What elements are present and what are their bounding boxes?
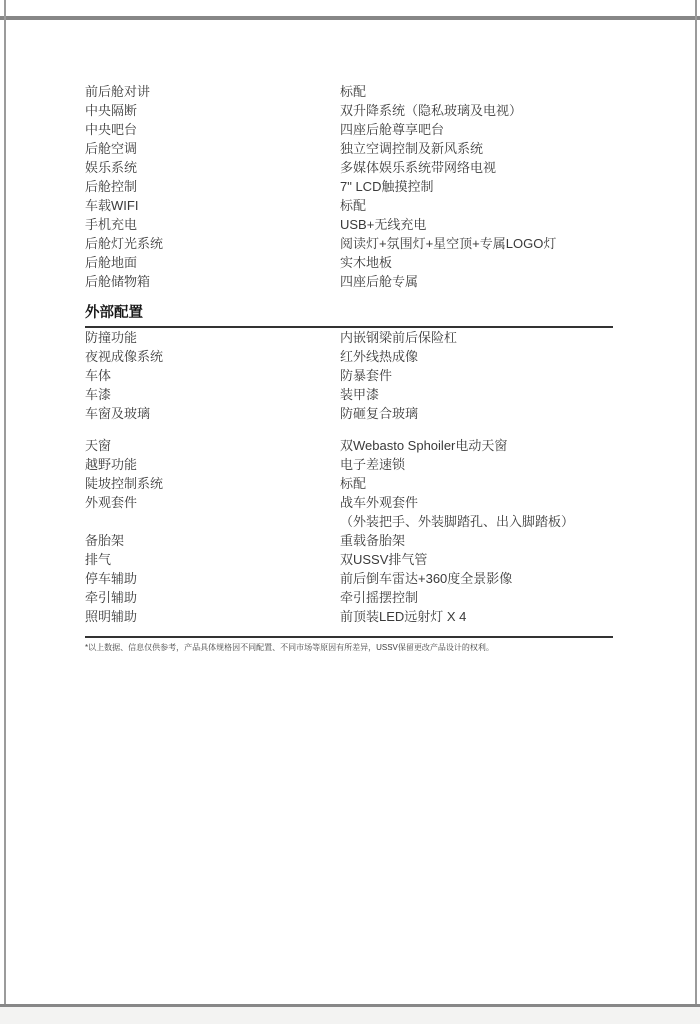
spec-row: 照明辅助前顶装LED远射灯 X 4	[85, 607, 613, 626]
spec-value-continued: （外装把手、外装脚踏孔、出入脚踏板）	[340, 512, 613, 531]
spec-row: 手机充电USB+无线充电	[85, 215, 613, 234]
spec-label: 前后舱对讲	[85, 82, 340, 101]
spec-value: 7" LCD触摸控制	[340, 177, 613, 196]
spec-row: 后舱储物箱四座后舱专属	[85, 272, 613, 291]
spec-value: 实木地板	[340, 253, 613, 272]
spec-label: 牵引辅助	[85, 588, 340, 607]
page-border-left	[4, 0, 6, 1006]
spec-value: 防砸复合玻璃	[340, 404, 613, 423]
spec-table: 前后舱对讲标配中央隔断双升降系统（隐私玻璃及电视）中央吧台四座后舱尊享吧台后舱空…	[85, 82, 613, 653]
spec-row: 天窗双Webasto Sphoiler电动天窗	[85, 436, 613, 455]
spec-label: 天窗	[85, 436, 340, 455]
spec-value: 防暴套件	[340, 366, 613, 385]
spec-row: 夜视成像系统红外线热成像	[85, 347, 613, 366]
spec-row: 娱乐系统多媒体娱乐系统带网络电视	[85, 158, 613, 177]
spec-row: 备胎架重载备胎架	[85, 531, 613, 550]
spec-row: 停车辅助前后倒车雷达+360度全景影像	[85, 569, 613, 588]
spec-row: 中央吧台四座后舱尊享吧台	[85, 120, 613, 139]
spec-label: 夜视成像系统	[85, 347, 340, 366]
spec-label: 中央吧台	[85, 120, 340, 139]
spec-label: 车漆	[85, 385, 340, 404]
spec-row: 后舱灯光系统阅读灯+氛围灯+星空顶+专属LOGO灯	[85, 234, 613, 253]
spec-label: 外观套件	[85, 493, 340, 512]
spec-label: 陡坡控制系统	[85, 474, 340, 493]
spec-label: 后舱空调	[85, 139, 340, 158]
spec-label: 车窗及玻璃	[85, 404, 340, 423]
spec-label: 娱乐系统	[85, 158, 340, 177]
spec-row: 中央隔断双升降系统（隐私玻璃及电视）	[85, 101, 613, 120]
spec-row: 后舱控制7" LCD触摸控制	[85, 177, 613, 196]
spec-value: USB+无线充电	[340, 215, 613, 234]
spec-row: 防撞功能内嵌钢梁前后保险杠	[85, 328, 613, 347]
spec-value: 前顶装LED远射灯 X 4	[340, 607, 613, 626]
spec-value: 阅读灯+氛围灯+星空顶+专属LOGO灯	[340, 234, 613, 253]
spec-row: 前后舱对讲标配	[85, 82, 613, 101]
spec-label: 后舱储物箱	[85, 272, 340, 291]
section-title: 外部配置	[85, 304, 613, 328]
spec-label: 停车辅助	[85, 569, 340, 588]
spec-label: 备胎架	[85, 531, 340, 550]
footnote-text: *以上数据、信息仅供参考，产品具体规格因不同配置、不同市场等原因有所差异，USS…	[85, 642, 613, 653]
row-spacer	[85, 423, 613, 436]
spec-label: 防撞功能	[85, 328, 340, 347]
spec-label: 后舱控制	[85, 177, 340, 196]
spec-label	[85, 512, 340, 531]
spec-label: 手机充电	[85, 215, 340, 234]
spec-value: 战车外观套件	[340, 493, 613, 512]
spec-label: 中央隔断	[85, 101, 340, 120]
spec-value: 标配	[340, 82, 613, 101]
spec-value: 四座后舱专属	[340, 272, 613, 291]
spec-label: 排气	[85, 550, 340, 569]
spec-label: 后舱灯光系统	[85, 234, 340, 253]
spec-row: 车体防暴套件	[85, 366, 613, 385]
spec-row: 陡坡控制系统标配	[85, 474, 613, 493]
spec-value: 牵引摇摆控制	[340, 588, 613, 607]
spec-value: 前后倒车雷达+360度全景影像	[340, 569, 613, 588]
spec-row: 车窗及玻璃防砸复合玻璃	[85, 404, 613, 423]
spec-value: 独立空调控制及新风系统	[340, 139, 613, 158]
spec-value: 内嵌钢梁前后保险杠	[340, 328, 613, 347]
page-border-right	[695, 0, 697, 1006]
spec-row: 后舱空调独立空调控制及新风系统	[85, 139, 613, 158]
spec-value: 电子差速锁	[340, 455, 613, 474]
spec-row: 车漆装甲漆	[85, 385, 613, 404]
spec-value: 多媒体娱乐系统带网络电视	[340, 158, 613, 177]
spec-value: 装甲漆	[340, 385, 613, 404]
spec-value: 标配	[340, 196, 613, 215]
spec-value: 红外线热成像	[340, 347, 613, 366]
spec-label: 照明辅助	[85, 607, 340, 626]
spec-value: 重载备胎架	[340, 531, 613, 550]
spec-row: 车载WIFI标配	[85, 196, 613, 215]
footnote-divider	[85, 636, 613, 638]
spec-value: 双USSV排气管	[340, 550, 613, 569]
spec-value: 双Webasto Sphoiler电动天窗	[340, 436, 613, 455]
spec-value: 标配	[340, 474, 613, 493]
spec-row: 排气双USSV排气管	[85, 550, 613, 569]
page-margin-bottom	[0, 1007, 700, 1024]
spec-row: 后舱地面实木地板	[85, 253, 613, 272]
spec-label: 后舱地面	[85, 253, 340, 272]
page-divider-top	[0, 16, 700, 20]
spec-row: 牵引辅助牵引摇摆控制	[85, 588, 613, 607]
spec-value: 双升降系统（隐私玻璃及电视）	[340, 101, 613, 120]
spec-row: 越野功能电子差速锁	[85, 455, 613, 474]
spec-label: 越野功能	[85, 455, 340, 474]
spec-label: 车体	[85, 366, 340, 385]
spec-row: 外观套件战车外观套件	[85, 493, 613, 512]
spec-label: 车载WIFI	[85, 196, 340, 215]
spec-value: 四座后舱尊享吧台	[340, 120, 613, 139]
spec-row: （外装把手、外装脚踏孔、出入脚踏板）	[85, 512, 613, 531]
